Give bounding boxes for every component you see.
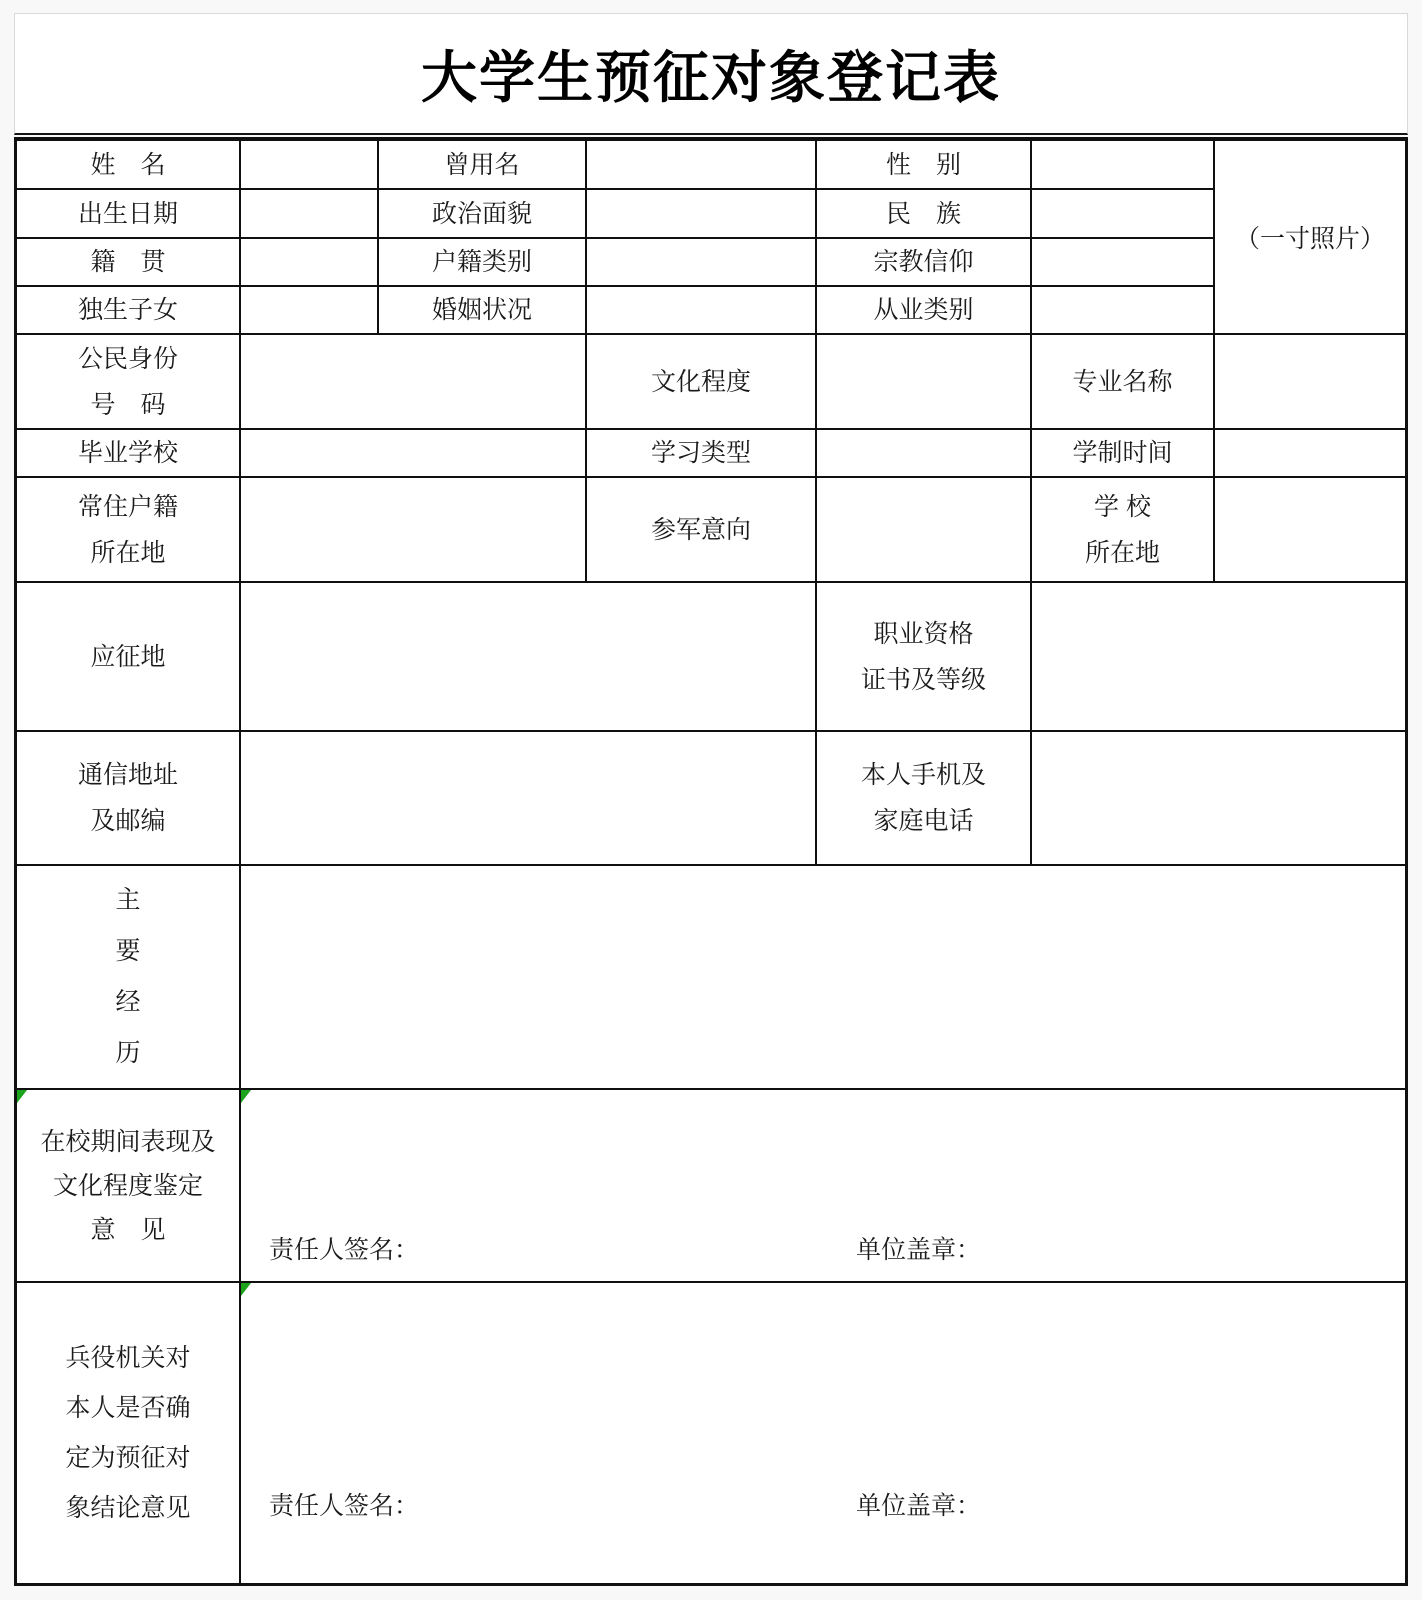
field-value-citizen-id[interactable] [241, 335, 587, 430]
field-value-political-status[interactable] [587, 190, 817, 239]
responsible-signature-label: 责任人签名： [269, 1235, 419, 1265]
field-label-occupation-type: 从业类别 [817, 287, 1032, 335]
field-label-study-type: 学习类型 [587, 430, 817, 478]
field-value-major-name[interactable] [1215, 335, 1405, 430]
field-label-vocational-certificate: 职业资格 证书及等级 [817, 583, 1032, 732]
field-value-mailing-address[interactable] [241, 732, 817, 866]
field-value-native-place[interactable] [241, 239, 379, 287]
field-label-former-name: 曾用名 [379, 141, 587, 190]
field-value-occupation-type[interactable] [1032, 287, 1215, 335]
form-title-box: 大学生预征对象登记表 [14, 13, 1408, 135]
cell-note-marker-icon [241, 1283, 251, 1296]
field-value-gender[interactable] [1032, 141, 1215, 190]
field-value-religion[interactable] [1032, 239, 1215, 287]
cell-note-marker-icon [17, 1090, 27, 1103]
field-label-birth-date: 出生日期 [17, 190, 241, 239]
table-row: 兵役机关对 本人是否确 定为预征对 象结论意见 责任人签名： 单位盖章： [17, 1283, 1405, 1583]
field-label-gender: 性 别 [817, 141, 1032, 190]
field-label-school-opinion: 在校期间表现及 文化程度鉴定 意 见 [17, 1090, 241, 1283]
field-label-religion: 宗教信仰 [817, 239, 1032, 287]
unit-seal-label: 单位盖章： [856, 1235, 981, 1265]
field-value-permanent-residence[interactable] [241, 478, 587, 583]
personal-info-band: 姓 名 曾用名 性 别 出生日期 政治面貌 民 族 籍 贯 [17, 141, 1405, 335]
table-row: 姓 名 曾用名 性 别 [17, 141, 1215, 190]
field-label-only-child: 独生子女 [17, 287, 241, 335]
form-page: 大学生预征对象登记表 姓 名 曾用名 性 别 出生日期 政治面貌 [0, 0, 1422, 1600]
field-value-graduation-school[interactable] [241, 430, 587, 478]
table-row: 独生子女 婚姻状况 从业类别 [17, 287, 1215, 335]
field-label-enlistment-place: 应征地 [17, 583, 241, 732]
field-value-former-name[interactable] [587, 141, 817, 190]
field-value-enlist-intention[interactable] [817, 478, 1032, 583]
table-row: 公民身份 号 码 文化程度 专业名称 [17, 335, 1405, 430]
field-value-main-experience[interactable] [241, 866, 1405, 1090]
field-value-household-type[interactable] [587, 239, 817, 287]
field-value-vocational-certificate[interactable] [1032, 583, 1405, 732]
field-label-household-type: 户籍类别 [379, 239, 587, 287]
cell-note-marker-icon [241, 1090, 251, 1103]
field-label-citizen-id: 公民身份 号 码 [17, 335, 241, 430]
field-label-education-level: 文化程度 [587, 335, 817, 430]
table-row: 常住户籍 所在地 参军意向 学 校 所在地 [17, 478, 1405, 583]
field-label-main-experience: 主 要 经 历 [17, 866, 241, 1090]
form-title: 大学生预征对象登记表 [421, 34, 1001, 114]
field-label-name: 姓 名 [17, 141, 241, 190]
field-label-mailing-address: 通信地址 及邮编 [17, 732, 241, 866]
table-row: 出生日期 政治面貌 民 族 [17, 190, 1215, 239]
field-label-political-status: 政治面貌 [379, 190, 587, 239]
unit-seal-label: 单位盖章： [856, 1491, 981, 1521]
photo-placeholder-label: （一寸照片） [1235, 219, 1385, 255]
field-value-school-location[interactable] [1215, 478, 1405, 583]
field-value-schooling-length[interactable] [1215, 430, 1405, 478]
table-row: 毕业学校 学习类型 学制时间 [17, 430, 1405, 478]
field-label-ethnicity: 民 族 [817, 190, 1032, 239]
field-value-enlistment-place[interactable] [241, 583, 817, 732]
table-row: 籍 贯 户籍类别 宗教信仰 [17, 239, 1215, 287]
field-value-birth-date[interactable] [241, 190, 379, 239]
field-label-enlist-intention: 参军意向 [587, 478, 817, 583]
field-value-military-conclusion[interactable]: 责任人签名： 单位盖章： [241, 1283, 1405, 1583]
responsible-signature-label: 责任人签名： [269, 1491, 419, 1521]
field-label-school-location: 学 校 所在地 [1032, 478, 1215, 583]
field-label-phone-numbers: 本人手机及 家庭电话 [817, 732, 1032, 866]
registration-form-table: 姓 名 曾用名 性 别 出生日期 政治面貌 民 族 籍 贯 [14, 137, 1408, 1586]
field-label-native-place: 籍 贯 [17, 239, 241, 287]
field-label-military-conclusion: 兵役机关对 本人是否确 定为预征对 象结论意见 [17, 1283, 241, 1583]
field-label-graduation-school: 毕业学校 [17, 430, 241, 478]
field-value-education-level[interactable] [817, 335, 1032, 430]
table-row: 在校期间表现及 文化程度鉴定 意 见 责任人签名： 单位盖章： [17, 1090, 1405, 1283]
field-label-major-name: 专业名称 [1032, 335, 1215, 430]
field-value-school-opinion[interactable]: 责任人签名： 单位盖章： [241, 1090, 1405, 1283]
field-value-only-child[interactable] [241, 287, 379, 335]
photo-cell[interactable]: （一寸照片） [1215, 141, 1405, 335]
table-row: 通信地址 及邮编 本人手机及 家庭电话 [17, 732, 1405, 866]
field-label-permanent-residence: 常住户籍 所在地 [17, 478, 241, 583]
field-value-study-type[interactable] [817, 430, 1032, 478]
field-value-ethnicity[interactable] [1032, 190, 1215, 239]
field-value-phone-numbers[interactable] [1032, 732, 1405, 866]
field-label-marital-status: 婚姻状况 [379, 287, 587, 335]
table-row: 应征地 职业资格 证书及等级 [17, 583, 1405, 732]
table-row: 主 要 经 历 [17, 866, 1405, 1090]
field-label-schooling-length: 学制时间 [1032, 430, 1215, 478]
field-value-marital-status[interactable] [587, 287, 817, 335]
field-value-name[interactable] [241, 141, 379, 190]
